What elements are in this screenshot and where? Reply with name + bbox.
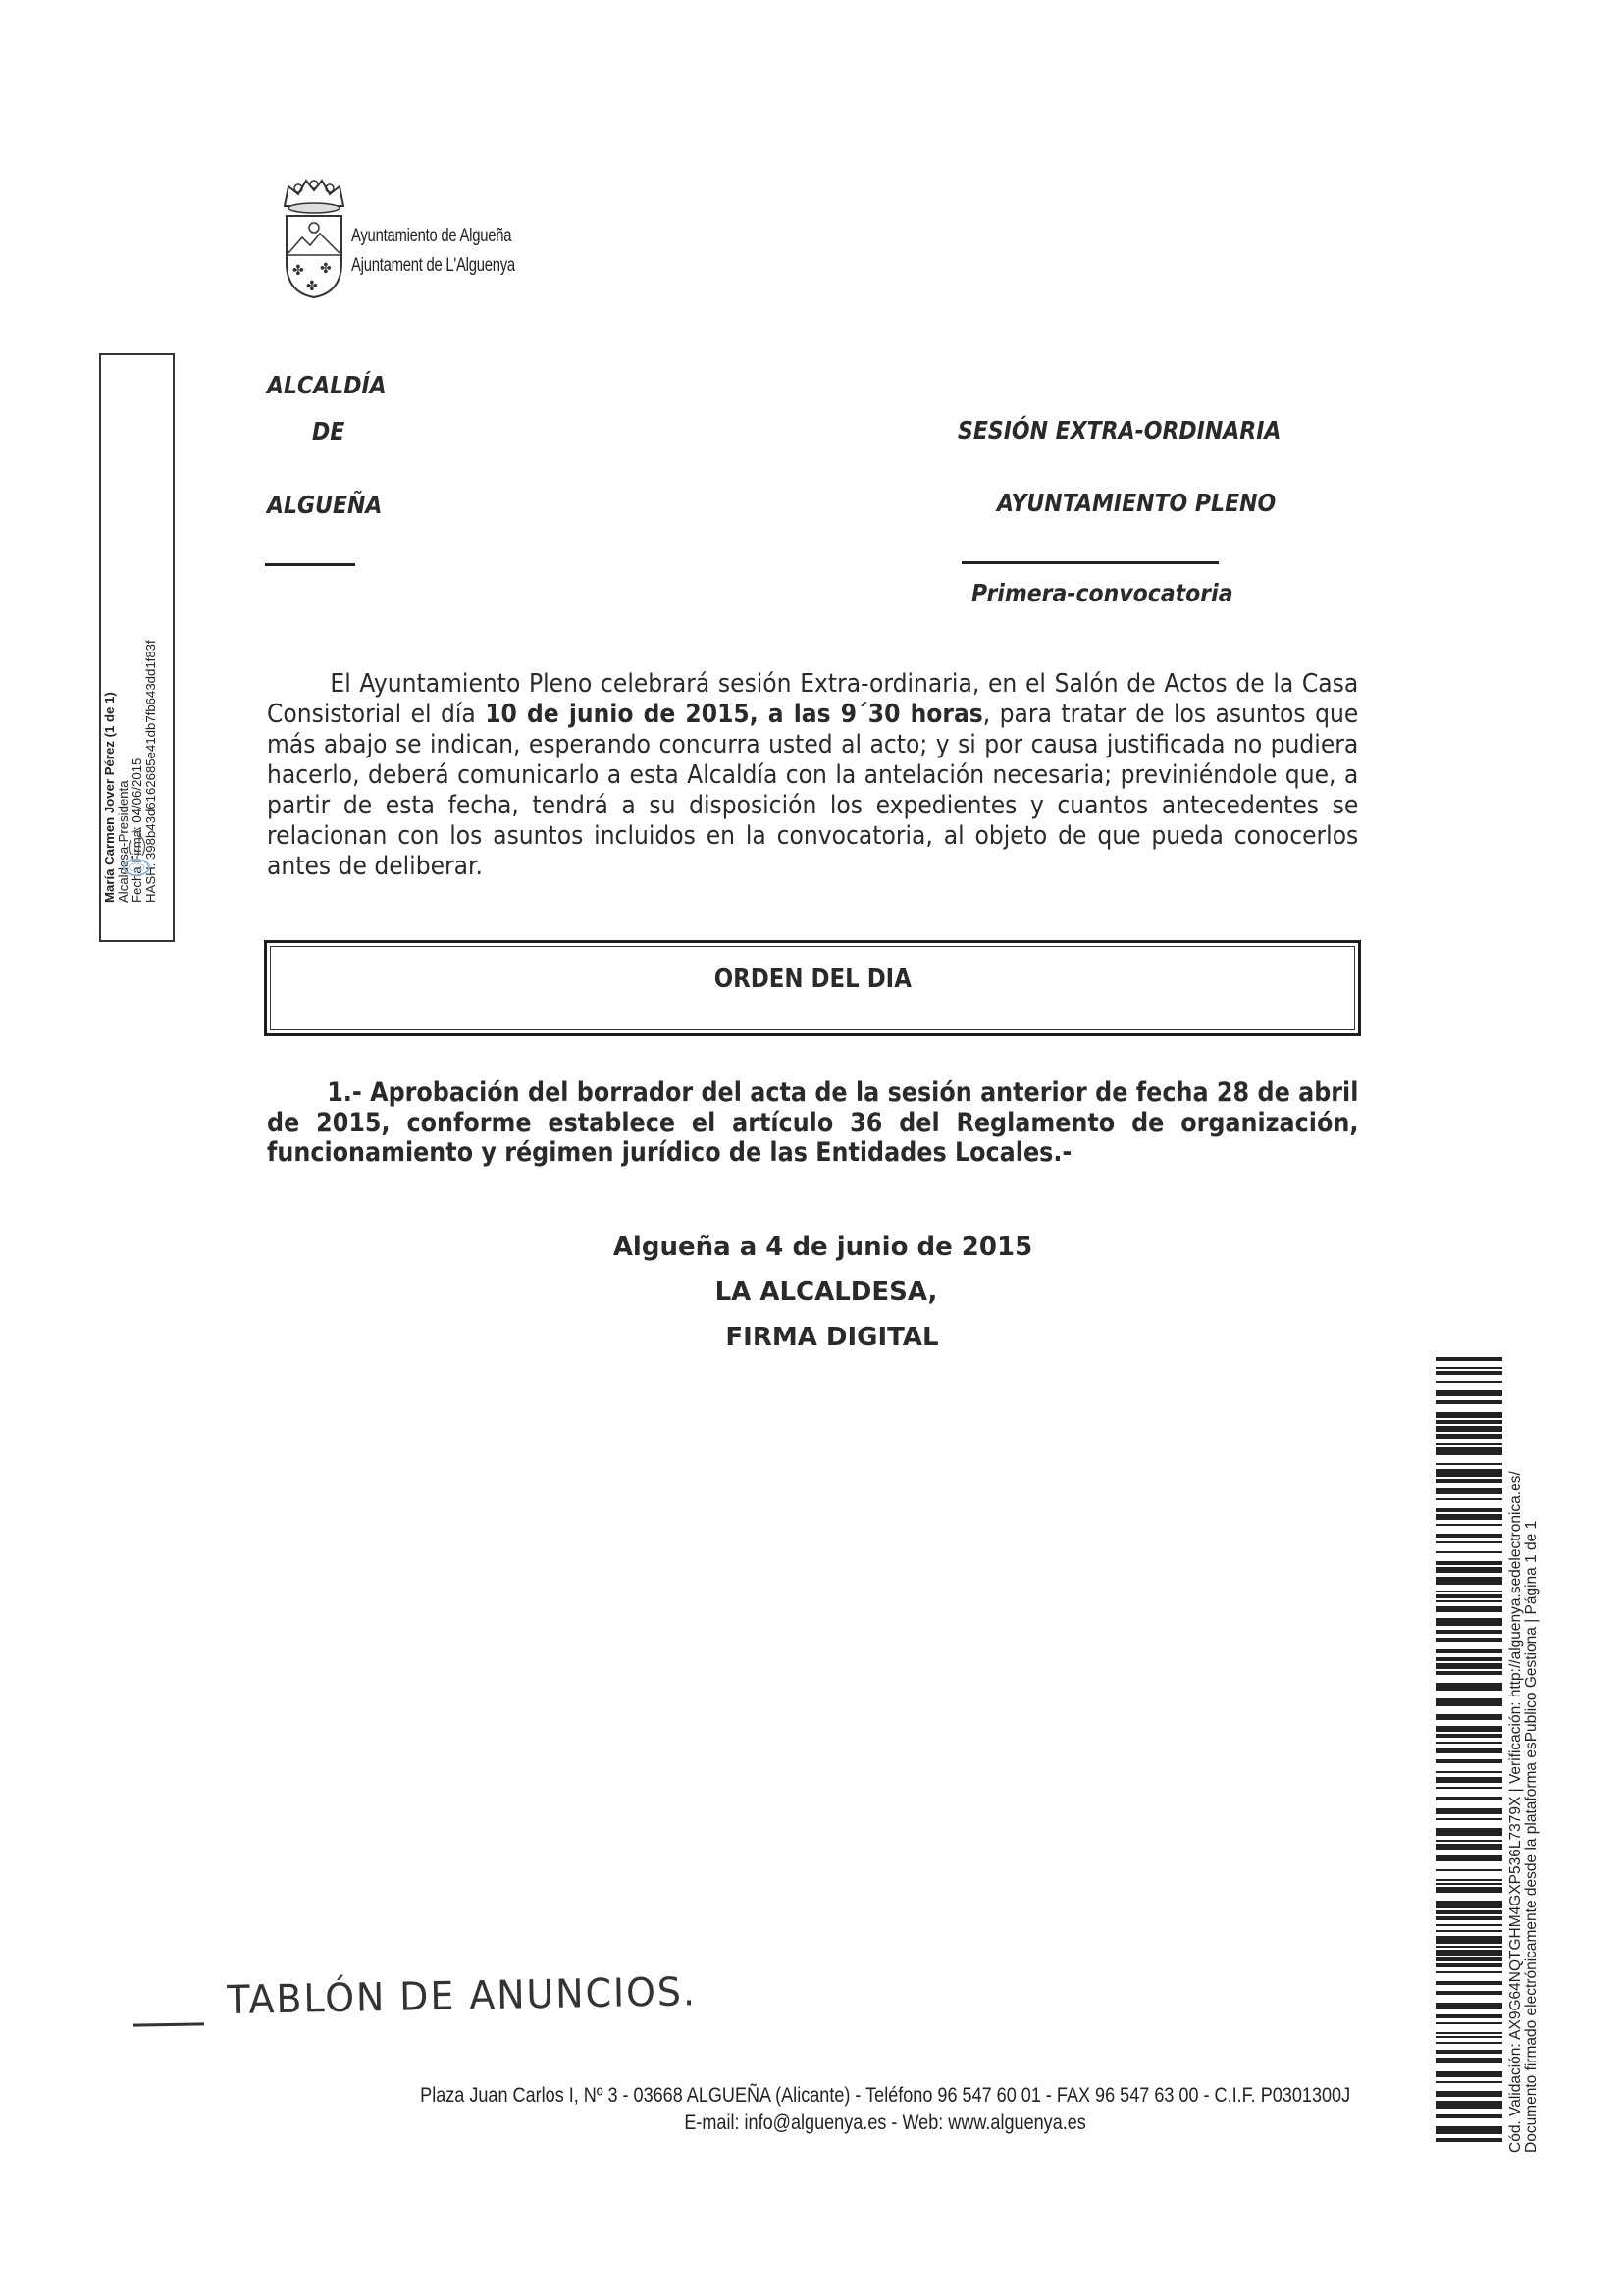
session-body: AYUNTAMIENTO PLENO [997, 489, 1276, 517]
signature-details: María Carmen Jover Pérez (1 de 1) Alcald… [103, 353, 158, 903]
closing-place-date: Algueña a 4 de junio de 2015 [0, 1232, 1623, 1262]
header-alguena: ALGUEÑA [267, 491, 382, 519]
agenda-title: ORDEN DEL DIA [267, 965, 1358, 994]
session-type: SESIÓN EXTRA-ORDINARIA [958, 416, 1281, 444]
header-alcaldia: ALCALDÍA [267, 371, 387, 399]
signature-stamp-icon [119, 826, 154, 881]
signature-hash: HASH: 398b43d6162685e41db7fb643dd1f83f [144, 353, 158, 903]
session-datetime: 10 de junio de 2015, a las 9´30 horas [485, 700, 983, 729]
signer-role: Alcaldesa-Presidenta [117, 353, 131, 903]
signer-name: María Carmen Jover Pérez (1 de 1) [103, 353, 117, 903]
header-rule-right [962, 561, 1219, 564]
closing-signer: LA ALCALDESA, [0, 1278, 1623, 1307]
validation-code: Cód. Validación: AX9G64NQTGHM4GXP536L737… [1508, 1348, 1524, 2153]
digital-signature-strip: María Carmen Jover Pérez (1 de 1) Alcald… [99, 353, 175, 942]
handwritten-dash [133, 2022, 204, 2026]
logo-text-spanish: Ayuntamiento de Algueña [351, 226, 511, 247]
closing-signature: FIRMA DIGITAL [0, 1323, 1623, 1352]
svg-text:✤: ✤ [320, 261, 332, 277]
logo-text-valencian: Ajuntament de L'Alguenya [351, 255, 515, 277]
barcode-icon [1436, 1357, 1502, 2150]
convocation-paragraph: El Ayuntamiento Pleno celebrará sesión E… [267, 669, 1358, 882]
verification-text: Cód. Validación: AX9G64NQTGHM4GXP536L737… [1508, 1348, 1540, 2153]
svg-text:✤: ✤ [306, 279, 318, 294]
footer-address: Plaza Juan Carlos I, Nº 3 - 03668 ALGUEÑ… [0, 2084, 1623, 2108]
footer-contact: E-mail: info@alguenya.es - Web: www.algu… [0, 2112, 1623, 2135]
municipal-logo: ✤ ✤ ✤ Ayuntamiento de Algueña Ajuntament… [279, 177, 534, 299]
handwritten-note: TABLÓN DE ANUNCIOS. [133, 1972, 761, 2041]
call-number: Primera-convocatoria [971, 579, 1233, 607]
agenda-item-text: 1.- Aprobación del borrador del acta de … [267, 1077, 1358, 1168]
header-de: DE [312, 417, 344, 445]
header-rule-left [265, 563, 355, 566]
handwritten-note-text: TABLÓN DE ANUNCIOS. [227, 1969, 697, 2023]
signature-date: Fecha Firma: 04/06/2015 [131, 353, 144, 903]
coat-of-arms-icon: ✤ ✤ ✤ [279, 177, 349, 299]
agenda-title-box: ORDEN DEL DIA [264, 940, 1361, 1036]
platform-notice: Documento firmado electrónicamente desde… [1524, 1348, 1540, 2153]
svg-text:✤: ✤ [292, 263, 304, 279]
agenda-item: 1.- Aprobación del borrador del acta de … [267, 1078, 1358, 1169]
